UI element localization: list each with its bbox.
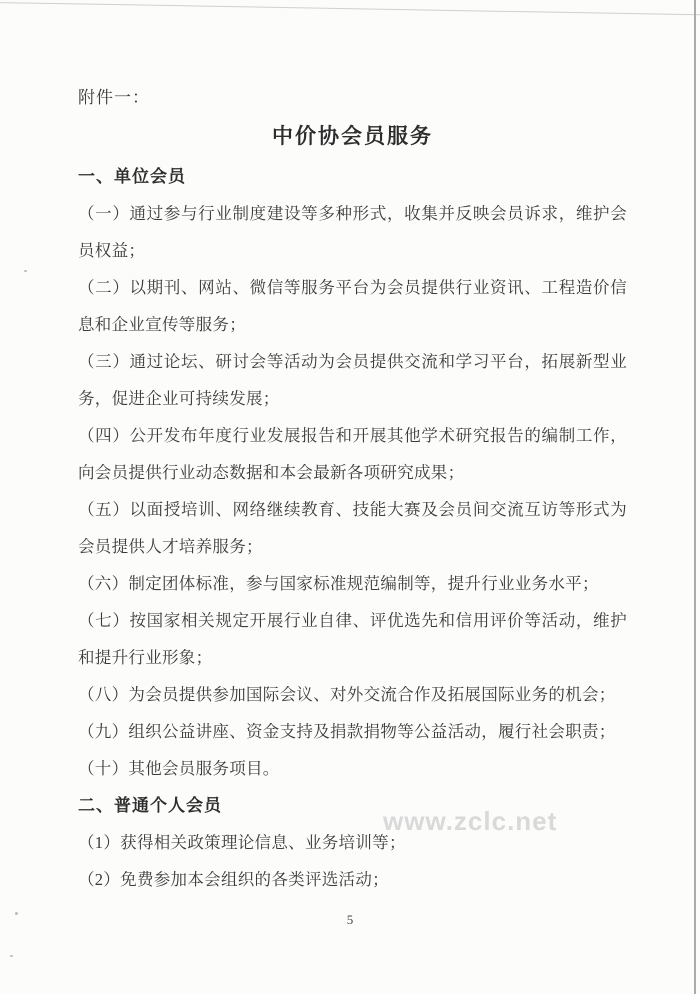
scan-top-edge-line [0,2,700,15]
service-item-4: （四）公开发布年度行业发展报告和开展其他学术研究报告的编制工作，向会员提供行业动… [78,417,627,491]
service-item-7: （七）按国家相关规定开展行业自律、评优选先和信用评价等活动，维护和提升行业形象； [78,602,627,676]
service-item-5: （五）以面授培训、网络继续教育、技能大赛及会员间交流互访等形式为会员提供人才培养… [78,491,627,565]
service-item-9: （九）组织公益讲座、资金支持及捐款捐物等公益活动，履行社会职责； [78,713,627,750]
scanned-document-page: 附件一： 中价协会员服务 一、单位会员 （一）通过参与行业制度建设等多种形式，收… [0,0,700,994]
page-number: 5 [0,912,700,928]
scan-speck [10,955,13,957]
service-item-3: （三）通过论坛、研讨会等活动为会员提供交流和学习平台，拓展新型业务，促进企业可持… [78,343,627,417]
scan-right-edge-line [694,0,696,994]
attachment-label: 附件一： [78,83,150,108]
service-item-6: （六）制定团体标准，参与国家标准规范编制等，提升行业业务水平； [78,565,627,602]
watermark-text: www.zclc.net [383,806,557,837]
service-item-1: （一）通过参与行业制度建设等多种形式，收集并反映会员诉求，维护会员权益； [78,195,627,269]
section-heading-unit-members: 一、单位会员 [78,158,627,195]
service-item-10: （十）其他会员服务项目。 [78,750,627,787]
individual-item-2: （2）免费参加本会组织的各类评选活动； [78,861,627,898]
service-item-2: （二）以期刊、网站、微信等服务平台为会员提供行业资讯、工程造价信息和企业宣传等服… [78,269,627,343]
scan-speck [24,270,27,272]
document-title: 中价协会员服务 [78,120,627,150]
service-item-8: （八）为会员提供参加国际会议、对外交流合作及拓展国际业务的机会； [78,676,627,713]
document-body: 一、单位会员 （一）通过参与行业制度建设等多种形式，收集并反映会员诉求，维护会员… [78,158,627,898]
